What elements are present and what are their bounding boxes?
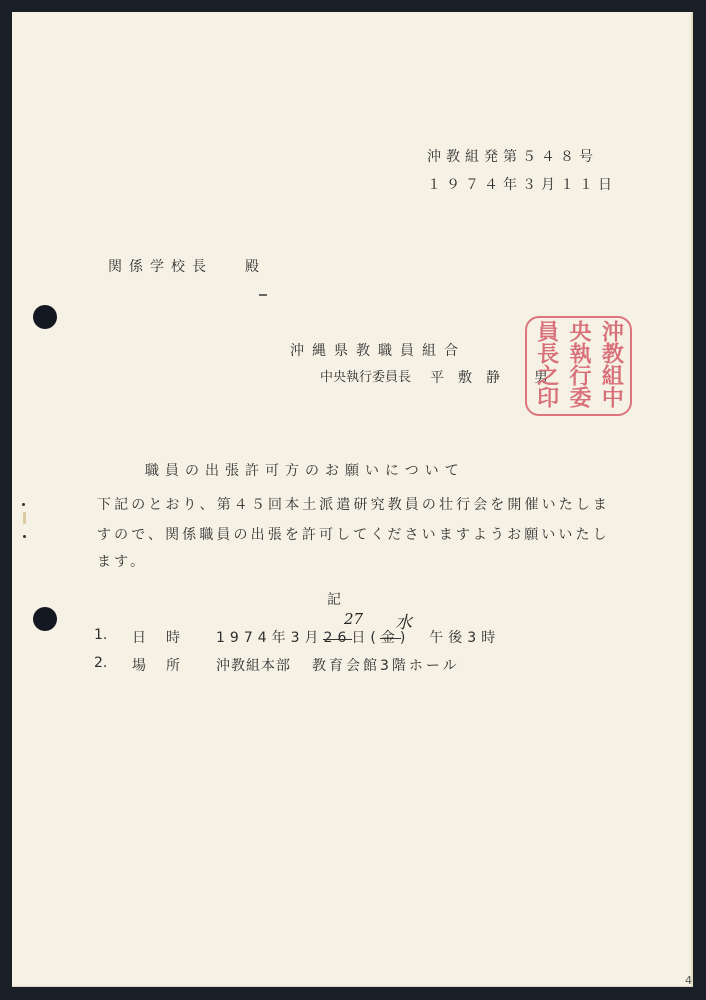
seal-text: 沖教組中 [599, 320, 622, 408]
punch-hole [33, 305, 57, 329]
struck-weekday: 金 [381, 627, 400, 647]
paper-stain [23, 512, 26, 524]
item-number: 1. [94, 627, 107, 643]
body-line: すので、関係職員の出張を許可してくださいますようお願いいたし [97, 528, 610, 542]
item-label: 日時 [132, 627, 200, 647]
ki-heading: 記 [327, 593, 341, 607]
body-line: 下記のとおり、第４５回本土派遣研究教員の壮行会を開催いたしま [97, 498, 610, 512]
time-text: ) 午後3時 [400, 630, 500, 646]
paper-speck [23, 535, 26, 538]
punch-hole [33, 607, 57, 631]
body-line: ます。 [97, 555, 147, 569]
sender-title: 中央執行委員長 [320, 371, 411, 384]
struck-day: 26 [324, 630, 352, 646]
document-date: １９７４年３月１１日 [427, 178, 617, 192]
addressee: 関係学校長 [108, 260, 213, 274]
day-suffix: 日( [351, 630, 380, 646]
item-number: 2. [94, 655, 107, 671]
item-value: 1974年3月26日(金) 午後3時 [216, 627, 500, 647]
sender-name: 平敷静 [430, 371, 514, 385]
page-number: 4 [685, 974, 692, 987]
seal-column-1: 沖教組中 [599, 320, 622, 412]
paper-speck [22, 503, 25, 506]
addressee-honorific: 殿 [245, 260, 259, 274]
subject-line: 職員の出張許可方のお願いについて [145, 464, 465, 478]
ink-mark [259, 294, 267, 296]
date-prefix: 1974年3月 [216, 630, 324, 646]
sender-organization: 沖縄県教職員組合 [290, 344, 466, 358]
item-label: 場所 [132, 655, 200, 675]
seal-text: 央執行委 [567, 320, 590, 408]
document-page: 沖教組発第５４８号 １９７４年３月１１日 関係学校長 殿 沖縄県教職員組合 中央… [12, 12, 693, 987]
official-seal-stamp: 沖教組中 央執行委 員長之印 [525, 316, 632, 416]
item-value-venue: 教育会館3階ホール [312, 655, 460, 675]
item-value: 沖教組本部 [216, 655, 291, 675]
seal-text: 員長之印 [535, 320, 558, 408]
seal-column-2: 央執行委 [567, 320, 590, 412]
document-number: 沖教組発第５４８号 [427, 150, 598, 164]
handwritten-date-correction: 27 [344, 610, 363, 628]
seal-column-3: 員長之印 [535, 320, 558, 412]
